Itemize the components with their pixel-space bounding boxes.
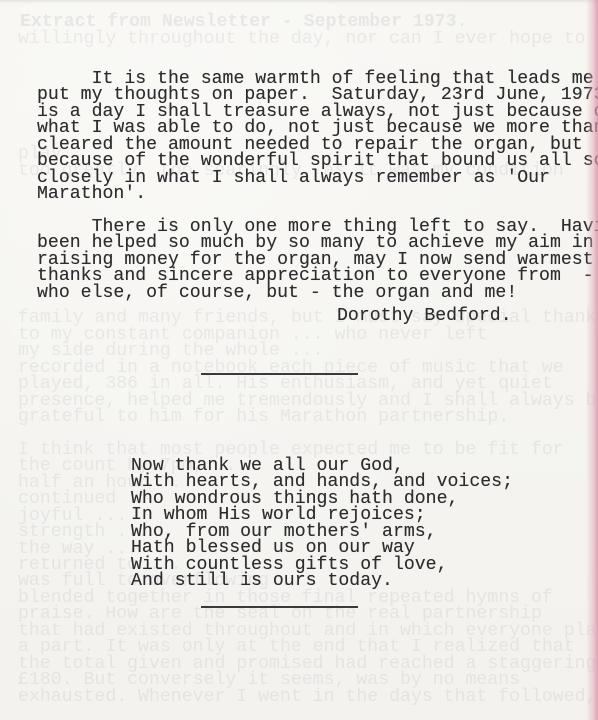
bleed-through-title: Extract from Newsletter - September 1973…: [20, 14, 468, 31]
text-line: who else, of course, but - the organ and…: [37, 285, 598, 301]
bleed-through-line: my side during the whole ...: [18, 343, 598, 359]
bleed-through-line: willingly throughout the day, nor can I …: [18, 31, 598, 47]
bleed-through-line: played, 386 in all. His enthusiasm, and …: [18, 376, 598, 392]
divider-rule-bottom: [201, 606, 358, 608]
bleed-through-line: presence, helped me tremendously and I s…: [18, 393, 598, 409]
text-line: Marathon'.: [37, 186, 598, 202]
bleed-through-line: praise. How are the seal on the real par…: [18, 606, 598, 622]
bleed-through-line: £180. But conversely it seems, was by no…: [18, 672, 598, 688]
bleed-through-line: grateful to him for his Marathon partner…: [18, 409, 598, 425]
page-right-edge: [586, 0, 598, 720]
signature: Dorothy Bedford.: [337, 308, 512, 324]
divider-rule-top: [201, 373, 358, 375]
typewritten-page: Extract from Newsletter - September 1973…: [0, 0, 598, 720]
bleed-through-line: the total given and promised had reached…: [18, 656, 598, 672]
bleed-through-line: to my constant companion ... who never l…: [18, 327, 598, 343]
bleed-through-line: that had existed throughout and in which…: [18, 623, 598, 639]
bleed-through-line: exhausted. Whenever I went in the days t…: [18, 689, 598, 705]
bleed-through-line: a part. It was only at the end that I re…: [18, 639, 598, 655]
bleed-through-line: blended together in those final repeated…: [18, 590, 598, 606]
paragraph-thanks: There is only one more thing left to say…: [37, 219, 598, 301]
hymn-line: And still is ours today.: [131, 573, 513, 589]
bleed-through-line: [18, 47, 598, 63]
hymn-verse: Now thank we all our God,With hearts, an…: [131, 458, 513, 590]
page-top-edge: [0, 0, 598, 4]
paragraph-warmth-of-feeling: It is the same warmth of feeling that le…: [37, 71, 598, 203]
bleed-through-line: [18, 426, 598, 442]
